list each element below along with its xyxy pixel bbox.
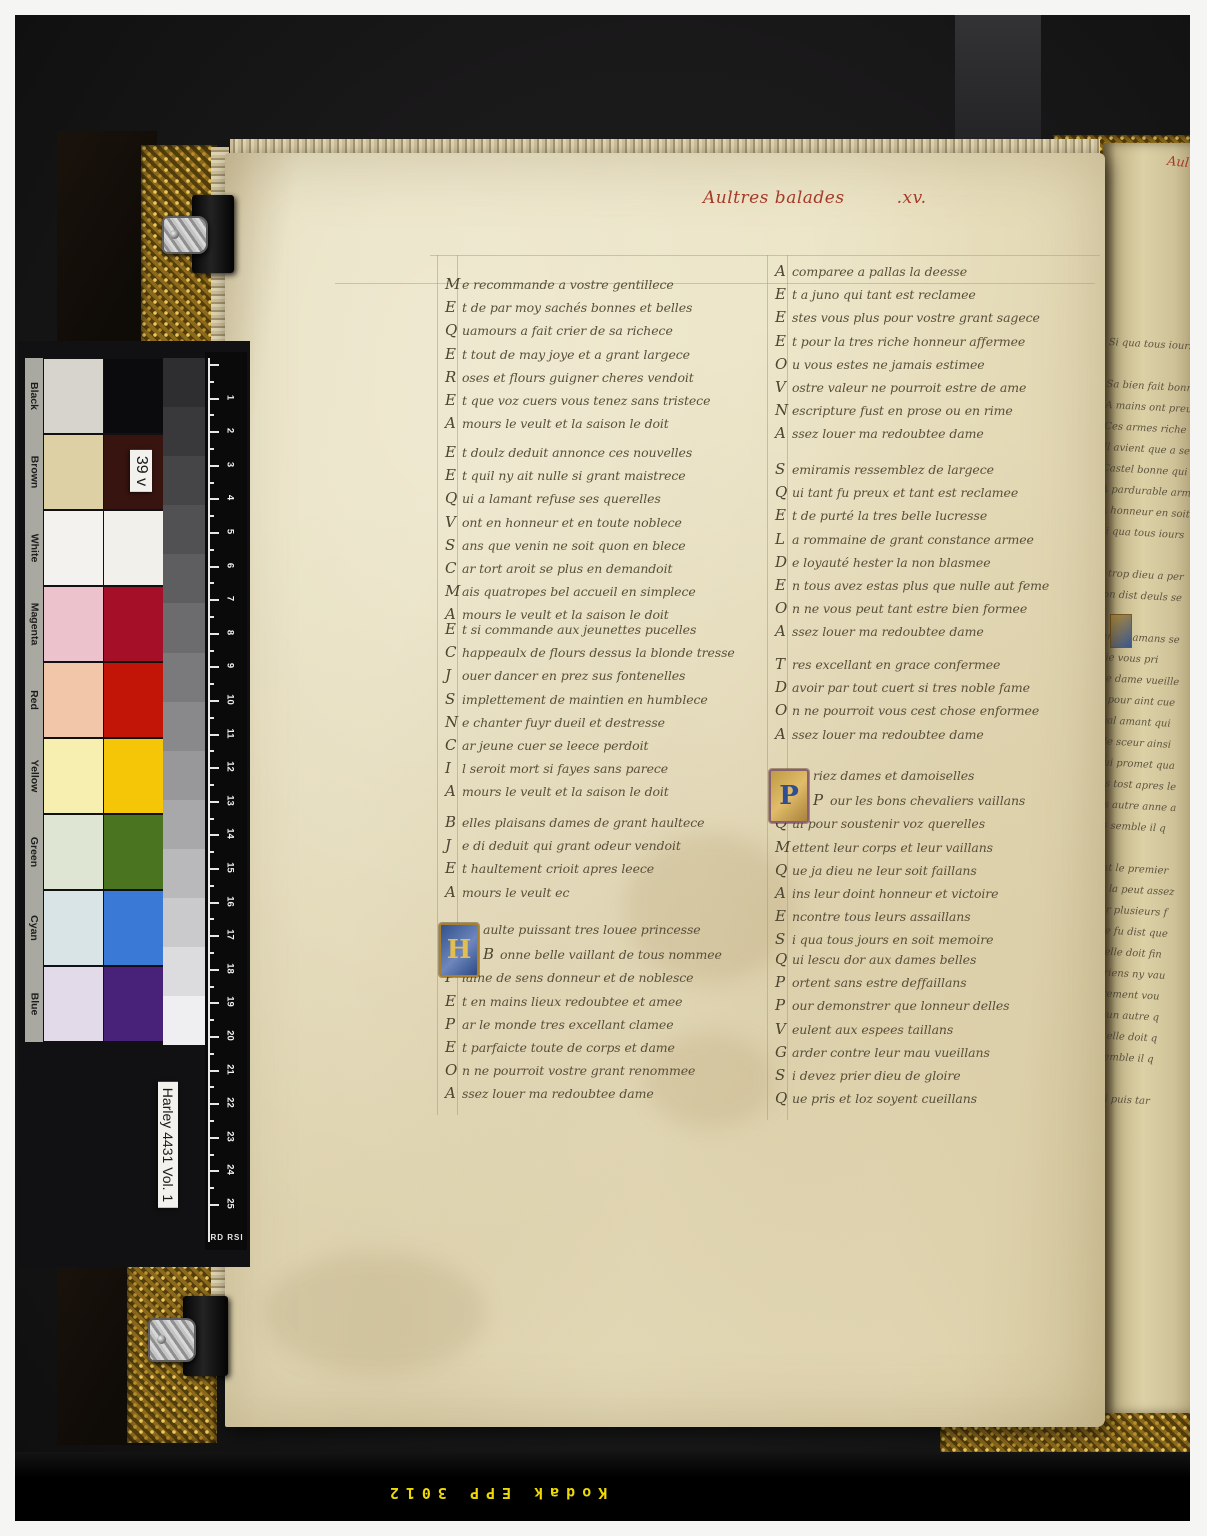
color-patch-tint (44, 435, 103, 509)
versal-capital: J (445, 666, 462, 684)
right-page-heading-fragment: Aul (1166, 154, 1189, 171)
versal-capital: A (775, 262, 792, 280)
versal-capital: O (775, 355, 792, 373)
manuscript-line: Que ja dieu ne leur soit faillans (775, 861, 1025, 884)
ruler-half-tick (208, 381, 214, 383)
color-chart-row: Black (25, 358, 163, 434)
versal-capital: R (445, 368, 462, 386)
ruler-tick (208, 834, 219, 836)
versal-capital: E (445, 391, 462, 409)
ruler-tick (208, 734, 219, 736)
manuscript-line: Roses et flours guigner cheres vendoit (445, 368, 710, 391)
versal-capital: E (775, 576, 792, 594)
ruler-number: 1 (225, 388, 236, 406)
versal-capital: A (445, 782, 462, 800)
versal-capital: O (775, 701, 792, 719)
bottom-clip-metal (148, 1318, 196, 1362)
versal-capital: P (775, 973, 792, 991)
stanza: riez dames et damoisellesPour les bons c… (775, 768, 1025, 954)
gray-wedge-step (163, 603, 205, 652)
manuscript-line: Et en mains lieux redoubtee et amee (445, 992, 722, 1015)
color-chart-row: Cyan (25, 890, 163, 966)
ruler-tick (208, 431, 219, 433)
manuscript-line: Et de par moy sachés bonnes et belles (445, 298, 710, 321)
color-chart-label: Yellow (25, 738, 43, 814)
gray-wedge-step (163, 996, 205, 1045)
manuscript-line: Et pour la tres riche honneur affermee (775, 332, 1040, 355)
ruler-number: 12 (225, 758, 236, 776)
ruler-tick (208, 599, 219, 601)
ruler-number: 16 (225, 892, 236, 910)
manuscript-line: Qui tant fu preux et tant est reclamee (775, 483, 1049, 506)
manuscript-line: Semiramis ressemblez de largece (775, 460, 1049, 483)
color-patch-tint (44, 359, 103, 433)
versal-capital: V (775, 378, 792, 396)
ruler-half-tick (208, 414, 214, 416)
manuscript-line: Assez louer ma redoubtee dame (775, 424, 1040, 447)
color-patch-tint (44, 815, 103, 889)
ruler-number: 19 (225, 993, 236, 1011)
ruler-half-tick (208, 1120, 214, 1122)
illuminated-initial: H (439, 923, 479, 977)
manuscript-line: Simplettement de maintien en humblece (445, 690, 735, 713)
ruler-half-tick (208, 1019, 214, 1021)
manuscript-line: On ne vous peut tant estre bien formee (775, 599, 1049, 622)
manuscript-line: Chappeaulx de flours dessus la blonde tr… (445, 643, 735, 666)
color-patch-strong (104, 815, 163, 889)
manuscript-line: Et quil ny ait nulle si grant maistrece (445, 466, 696, 489)
manuscript-line: riez dames et damoiselles (813, 768, 1025, 791)
versal-capital: O (445, 1061, 462, 1079)
ruler-tick (208, 1137, 219, 1139)
gray-wedge-step (163, 947, 205, 996)
manuscript-line: Veulent aux espees taillans (775, 1020, 1009, 1043)
versal-capital: E (445, 443, 462, 461)
ruler-number: 2 (225, 422, 236, 440)
manuscript-line: Jouer dancer en prez sus fontenelles (445, 666, 735, 689)
manuscript-line: Me recommande a vostre gentillece (445, 275, 710, 298)
versal-capital: A (445, 414, 462, 432)
ruler-number: 21 (225, 1060, 236, 1078)
stanza: Et si commande aux jeunettes pucellesCha… (445, 620, 735, 806)
versal-capital: P (445, 1015, 462, 1033)
manuscript-line: Vostre valeur ne pourroit estre de ame (775, 378, 1040, 401)
versal-capital: S (445, 536, 462, 554)
manuscript-line: Qui lescu dor aux dames belles (775, 950, 1009, 973)
manuscript-line: Et parfaicte toute de corps et dame (445, 1038, 722, 1061)
ruler-half-tick (208, 818, 214, 820)
manuscript-line: Assez louer ma redoubtee dame (775, 725, 1039, 748)
stanza: Qui lescu dor aux dames bellesPortent sa… (775, 950, 1009, 1112)
ruler-tick (208, 767, 219, 769)
ruler-half-tick (208, 986, 214, 988)
manuscript-line: Et doulz deduit annonce ces nouvelles (445, 443, 696, 466)
manuscript-line: Par le monde tres excellant clamee (445, 1015, 722, 1038)
manuscript-line: Mettent leur corps et leur vaillans (775, 838, 1025, 861)
manuscript-line: Estes vous plus pour vostre grant sagece (775, 308, 1040, 331)
ruler-tick (208, 801, 219, 803)
manuscript-line: Bonne belle vaillant de tous nommee (483, 945, 722, 968)
manuscript-line: Sans que venin ne soit quon en blece (445, 536, 696, 559)
parchment-stain (265, 1253, 485, 1373)
versal-capital: M (445, 582, 462, 600)
versal-capital: A (445, 883, 462, 901)
color-patch-strong (104, 511, 163, 585)
ruler-tick (208, 1070, 219, 1072)
ruler-half-tick (208, 918, 214, 920)
stanza: Tres excellant en grace confermeeDavoir … (775, 655, 1039, 748)
stanza: aulte puissant tres louee princesseBonne… (445, 922, 722, 1108)
ruler-tick (208, 1036, 219, 1038)
color-chart-row: Magenta (25, 586, 163, 662)
color-chart-label: Magenta (25, 586, 43, 662)
manuscript-line: Pour demonstrer que lonneur delles (775, 996, 1009, 1019)
color-patch-tint (44, 891, 103, 965)
color-chart-row: White (25, 510, 163, 586)
versal-capital: A (775, 884, 792, 902)
versal-capital: D (775, 678, 792, 696)
versal-capital: J (445, 836, 462, 854)
manuscript-line: Je di deduit qui grant odeur vendoit (445, 836, 704, 859)
stanza: Acomparee a pallas la deesseEt a juno qu… (775, 262, 1040, 448)
ruler-tick (208, 1204, 219, 1206)
stanza: Semiramis ressemblez de largeceQui tant … (775, 460, 1049, 646)
manuscript-line: On ne pourroit vostre grant renommee (445, 1061, 722, 1084)
manuscript-line: Ou vous estes ne jamais estimee (775, 355, 1040, 378)
ruler-half-tick (208, 683, 214, 685)
manuscript-line: Et que voz cuers vous tenez sans tristec… (445, 391, 710, 414)
manuscript-line: Et de purté la tres belle lucresse (775, 506, 1049, 529)
ruler-tick (208, 1002, 219, 1004)
color-chart-row: Green (25, 814, 163, 890)
ruler-tick (208, 465, 219, 467)
versal-capital: C (445, 643, 462, 661)
ruler-tick (208, 398, 219, 400)
ruler-number: 23 (225, 1127, 236, 1145)
versal-capital: E (775, 506, 792, 524)
versal-capital: Q (445, 321, 462, 339)
manuscript-line: Vont en honneur et en toute noblece (445, 513, 696, 536)
gray-wedge-step (163, 358, 205, 407)
versal-capital: B (445, 813, 462, 831)
ruler-half-tick (208, 952, 214, 954)
ruler-half-tick (208, 448, 214, 450)
versal-capital: Q (775, 1089, 792, 1107)
illuminated-initial: P (769, 769, 809, 823)
ruler-tick (208, 633, 219, 635)
ruler-tick (208, 868, 219, 870)
felt-strip (955, 15, 1041, 151)
manuscript-line: Ne chanter fuyr dueil et destresse (445, 713, 735, 736)
color-patch-strong (104, 587, 163, 661)
versal-capital: V (775, 1020, 792, 1038)
manuscript-line: Ains leur doint honneur et victoire (775, 884, 1025, 907)
gray-wedge-step (163, 751, 205, 800)
ruler-number: 22 (225, 1094, 236, 1112)
color-patch-strong (104, 359, 163, 433)
versal-capital: E (775, 332, 792, 350)
ruler-number: 20 (225, 1027, 236, 1045)
stanza: Et doulz deduit annonce ces nouvellesEt … (445, 443, 696, 629)
manuscript-line: Amours le veult et la saison le doit (445, 414, 710, 437)
ballade-heading: Aultres balades.xv. (703, 188, 927, 208)
manuscript-line: Et si commande aux jeunettes pucelles (445, 620, 735, 643)
color-patch-strong (104, 663, 163, 737)
manuscript-line: La rommaine de grant constance armee (775, 530, 1049, 553)
ruler-number: 25 (225, 1195, 236, 1213)
versal-capital: Q (775, 483, 792, 501)
color-patch-strong (104, 967, 163, 1041)
film-edge-strip: Kodak EPP 3012 (15, 1452, 1190, 1521)
versal-capital: Q (775, 861, 792, 879)
versal-capital: V (445, 513, 462, 531)
ruler-tick (208, 364, 219, 366)
versal-capital: A (775, 622, 792, 640)
ruler-number: 13 (225, 791, 236, 809)
ruler-half-tick (208, 549, 214, 551)
ruler-tick (208, 498, 219, 500)
color-patch-tint (44, 511, 103, 585)
manuscript-line: Car jeune cuer se leece perdoit (445, 736, 735, 759)
versal-capital: T (775, 655, 792, 673)
clip-rivet (170, 230, 179, 239)
versal-capital: S (775, 1066, 792, 1084)
gray-wedge-step (163, 456, 205, 505)
manuscript-line: Acomparee a pallas la deesse (775, 262, 1040, 285)
manuscript-line: Si devez prier dieu de gloire (775, 1066, 1009, 1089)
ruler-tick (208, 969, 219, 971)
manuscript-line: Quamours a fait crier de sa richece (445, 321, 710, 344)
ruler-number: 15 (225, 859, 236, 877)
ruler-half-tick (208, 1086, 214, 1088)
versal-capital: E (445, 466, 462, 484)
manuscript-line: Car tort aroit se plus en demandoit (445, 559, 696, 582)
ruler-half-tick (208, 851, 214, 853)
manuscript-line: aulte puissant tres louee princesse (483, 922, 722, 945)
versal-capital: B (483, 945, 500, 963)
ruler-number: 4 (225, 489, 236, 507)
ruler-tick (208, 700, 219, 702)
ruler-number: 11 (225, 724, 236, 742)
versal-capital: A (775, 424, 792, 442)
manuscript-line: Tres excellant en grace confermee (775, 655, 1039, 678)
manuscript-line: Garder contre leur mau vueillans (775, 1043, 1009, 1066)
color-chart-row: Yellow (25, 738, 163, 814)
manuscript-line: Nescripture fust en prose ou en rime (775, 401, 1040, 424)
stanza: Belles plaisans dames de grant haulteceJ… (445, 813, 704, 906)
color-chart-row: Red (25, 662, 163, 738)
versal-capital: E (775, 285, 792, 303)
ballade-heading-text: Aultres balades (703, 188, 845, 208)
film-edge-text: Kodak EPP 3012 (285, 1484, 705, 1502)
versal-capital: E (445, 345, 462, 363)
ruler-half-tick (208, 1187, 214, 1189)
color-patch-tint (44, 739, 103, 813)
gray-wedge-step (163, 505, 205, 554)
ruler-tick (208, 566, 219, 568)
clip-rivet (157, 1335, 166, 1344)
versal-capital: A (775, 725, 792, 743)
color-chart-label: Cyan (25, 890, 43, 966)
versal-capital: G (775, 1043, 792, 1061)
ruler-half-tick (208, 515, 214, 517)
ruler-half-tick (208, 650, 214, 652)
ballade-heading-numeral: .xv. (897, 188, 927, 208)
color-patch-tint (44, 587, 103, 661)
gray-wedge-step (163, 554, 205, 603)
gray-wedge-step (163, 849, 205, 898)
color-chart-label: Green (25, 814, 43, 890)
gray-step-wedge (163, 358, 205, 1045)
versal-capital: E (445, 298, 462, 316)
color-chart-label: Blue (25, 966, 43, 1042)
color-chart-label: Red (25, 662, 43, 738)
color-chart-label: Black (25, 358, 43, 434)
ruler-footer-label: RD RSI (207, 1233, 247, 1242)
versal-capital: E (445, 1038, 462, 1056)
versal-capital: M (445, 275, 462, 293)
ruler-half-tick (208, 1053, 214, 1055)
ruler-half-tick (208, 582, 214, 584)
manuscript-line: Belles plaisans dames de grant haultece (445, 813, 704, 836)
ruler-number: 18 (225, 959, 236, 977)
versal-capital: E (445, 859, 462, 877)
ruler-number: 14 (225, 825, 236, 843)
versal-capital: C (445, 736, 462, 754)
versal-capital: P (813, 791, 830, 809)
ruler-number: 24 (225, 1161, 236, 1179)
top-clip-metal (162, 216, 208, 254)
ruler-half-tick (208, 784, 214, 786)
versal-capital: L (775, 530, 792, 548)
manuscript-line: Il seroit mort si fayes sans parece (445, 759, 735, 782)
manuscript-line: Portent sans estre deffaillans (775, 973, 1009, 996)
manuscript-line: Amours le veult et la saison le doit (445, 782, 735, 805)
manuscript-line: Assez louer ma redoubtee dame (775, 622, 1049, 645)
color-chart-label: White (25, 510, 43, 586)
ruler-half-tick (208, 482, 214, 484)
color-patch-tint (44, 967, 103, 1041)
ruler-tick (208, 1170, 219, 1172)
manuscript-line: Et haultement crioit apres leece (445, 859, 704, 882)
manuscript-line: En tous avez estas plus que nulle aut fe… (775, 576, 1049, 599)
shelfmark-sticker: Harley 4431 Vol. 1 (158, 1082, 178, 1208)
versal-capital: E (775, 907, 792, 925)
versal-capital: I (445, 759, 462, 777)
stanza: Me recommande a vostre gentilleceEt de p… (445, 275, 710, 437)
versal-capital: S (775, 930, 792, 948)
manuscript-line: Encontre tous leurs assaillans (775, 907, 1025, 930)
manuscript-line: Mais quatropes bel accueil en simplece (445, 582, 696, 605)
ruler-number: 3 (225, 455, 236, 473)
color-patch-tint (44, 663, 103, 737)
versal-capital: Q (775, 950, 792, 968)
versal-capital: S (775, 460, 792, 478)
ruler-half-tick (208, 1154, 214, 1156)
versal-capital: P (775, 996, 792, 1014)
ruler-half-tick (208, 885, 214, 887)
gray-wedge-step (163, 702, 205, 751)
ruling-line (430, 255, 1100, 256)
manuscript-line: Pour les bons chevaliers vaillans (813, 791, 1025, 814)
manuscript-line: Et tout de may joye et a grant largece (445, 345, 710, 368)
ruler-tick (208, 1103, 219, 1105)
versal-capital: D (775, 553, 792, 571)
ruler: 1234567891011121314151617181920212223242… (205, 352, 247, 1250)
ruling-line (437, 255, 438, 1115)
gray-wedge-step (163, 800, 205, 849)
manuscript-line: Qui a lamant refuse ses querelles (445, 489, 696, 512)
versal-capital: E (445, 992, 462, 1010)
ruler-number: 5 (225, 523, 236, 541)
manuscript-line: De loyauté hester la non blasmee (775, 553, 1049, 576)
versal-capital: A (445, 1084, 462, 1102)
ruler-tick (208, 935, 219, 937)
gray-wedge-step (163, 898, 205, 947)
gray-wedge-step (163, 407, 205, 456)
ruler-number: 17 (225, 926, 236, 944)
color-patch-strong (104, 891, 163, 965)
color-patch-strong (104, 739, 163, 813)
photograph-background: Aul Si qua tous ioursSa bien fait bonneA… (15, 15, 1190, 1521)
versal-capital: N (445, 713, 462, 731)
versal-capital: O (775, 599, 792, 617)
manuscript-line: Plaine de sens donneur et de noblesce (445, 968, 722, 991)
manuscript-line: On ne pourroit vous cest chose enformee (775, 701, 1039, 724)
ruler-number: 8 (225, 623, 236, 641)
color-chart-row: Blue (25, 966, 163, 1042)
folio-number-sticker: 39 v (130, 450, 152, 492)
versal-capital: E (775, 308, 792, 326)
versal-capital: N (775, 401, 792, 419)
manuscript-line: Amours le veult ec (445, 883, 704, 906)
color-chart-label: Brown (25, 434, 43, 510)
versal-capital: E (445, 620, 462, 638)
ruler-half-tick (208, 750, 214, 752)
manuscript-line: Assez louer ma redoubtee dame (445, 1084, 722, 1107)
ruler-tick (208, 902, 219, 904)
manuscript-line: Davoir par tout cuert si tres noble fame (775, 678, 1039, 701)
ruler-number: 9 (225, 657, 236, 675)
manuscript-line: Qui pour soustenir voz querelles (775, 814, 1025, 837)
ruler-number: 10 (225, 691, 236, 709)
versal-capital: Q (445, 489, 462, 507)
ruler-half-tick (208, 616, 214, 618)
ruling-line (767, 255, 768, 1120)
manuscript-line: Que pris et loz soyent cueillans (775, 1089, 1009, 1112)
ruler-number: 6 (225, 556, 236, 574)
ruler-half-tick (208, 717, 214, 719)
versal-capital: M (775, 838, 792, 856)
right-page-illuminated-initial (1111, 615, 1131, 647)
ruler-tick (208, 666, 219, 668)
gray-wedge-step (163, 653, 205, 702)
ruler-number: 7 (225, 590, 236, 608)
versal-capital: C (445, 559, 462, 577)
manuscript-line: Et a juno qui tant est reclamee (775, 285, 1040, 308)
versal-capital: S (445, 690, 462, 708)
ruler-tick (208, 532, 219, 534)
